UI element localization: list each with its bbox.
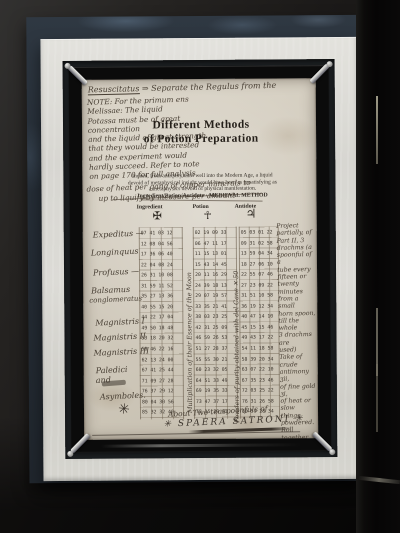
alchemical-symbol-potion: ☥: [204, 209, 212, 222]
star-left: ✳: [163, 419, 178, 430]
star-right: ✳: [290, 414, 305, 425]
row-label-conglomeratus: conglomeratus: [89, 294, 142, 304]
alchemical-symbol-ingredient: ✠: [153, 209, 162, 222]
handwritten-heading-word: Resuscitatus: [88, 84, 140, 95]
medieval-method-notes: Project partially, of Part II, 3 drachms…: [276, 222, 318, 440]
scene: Resuscitatus ⇒ Separate the Regulus from…: [0, 0, 400, 533]
row-label-balsamus: Balsamus: [91, 285, 130, 296]
document-parchment[interactable]: Resuscitatus ⇒ Separate the Regulus from…: [82, 78, 319, 440]
cabinet-door-edge[interactable]: [356, 0, 400, 533]
ink-blot: [102, 380, 126, 387]
row-label-magnistris-2: Magnistris II: [93, 331, 146, 342]
handwritten-heading: Resuscitatus ⇒ Separate the Regulus from…: [88, 81, 277, 95]
corner-ornament-top-left: [65, 63, 91, 89]
picture-frame: Resuscitatus ⇒ Separate the Regulus from…: [69, 65, 332, 453]
vertical-annotation-2: Powders of purity obtained with del Cane…: [232, 271, 241, 423]
number-table-block-ingredient: 07 41 03 12 12 08 04 56 17 36 06 40 22 0…: [139, 227, 184, 419]
vertical-annotation-1: Multiplication of their Essence of the M…: [185, 272, 194, 413]
document-title: Different Methods of Potion Preparation: [106, 118, 296, 146]
row-label-magnistris-1: Magnistris I: [95, 317, 145, 328]
corner-ornament-bottom-right: [309, 429, 335, 455]
handwritten-heading-rest: ⇒ Separate the Regulus from the: [139, 81, 276, 93]
frame-gloss-highlight: [101, 443, 301, 447]
row-label-longinquus: Longinquus: [91, 247, 139, 258]
number-table-block-potion: 02 19 09 33 06 47 11 17 11 15 13 01 15 4…: [193, 227, 238, 419]
alchemical-symbol-antidote: ♃: [246, 207, 257, 221]
corner-ornament-top-right: [307, 61, 333, 87]
corner-ornament-bottom-left: [67, 431, 93, 457]
framed-document-assembly: Resuscitatus ⇒ Separate the Regulus from…: [0, 0, 400, 533]
row-label-expeditus: Expeditus —: [93, 229, 144, 240]
number-table-block-antidote: 05 03 01 22 09 31 02 58 13 59 04 34 18 2…: [239, 226, 280, 418]
row-label-profusus: Profusus —: [93, 267, 139, 278]
asterisk-mark: ✳: [117, 401, 131, 418]
row-label-paledici: Paledici: [96, 365, 128, 375]
